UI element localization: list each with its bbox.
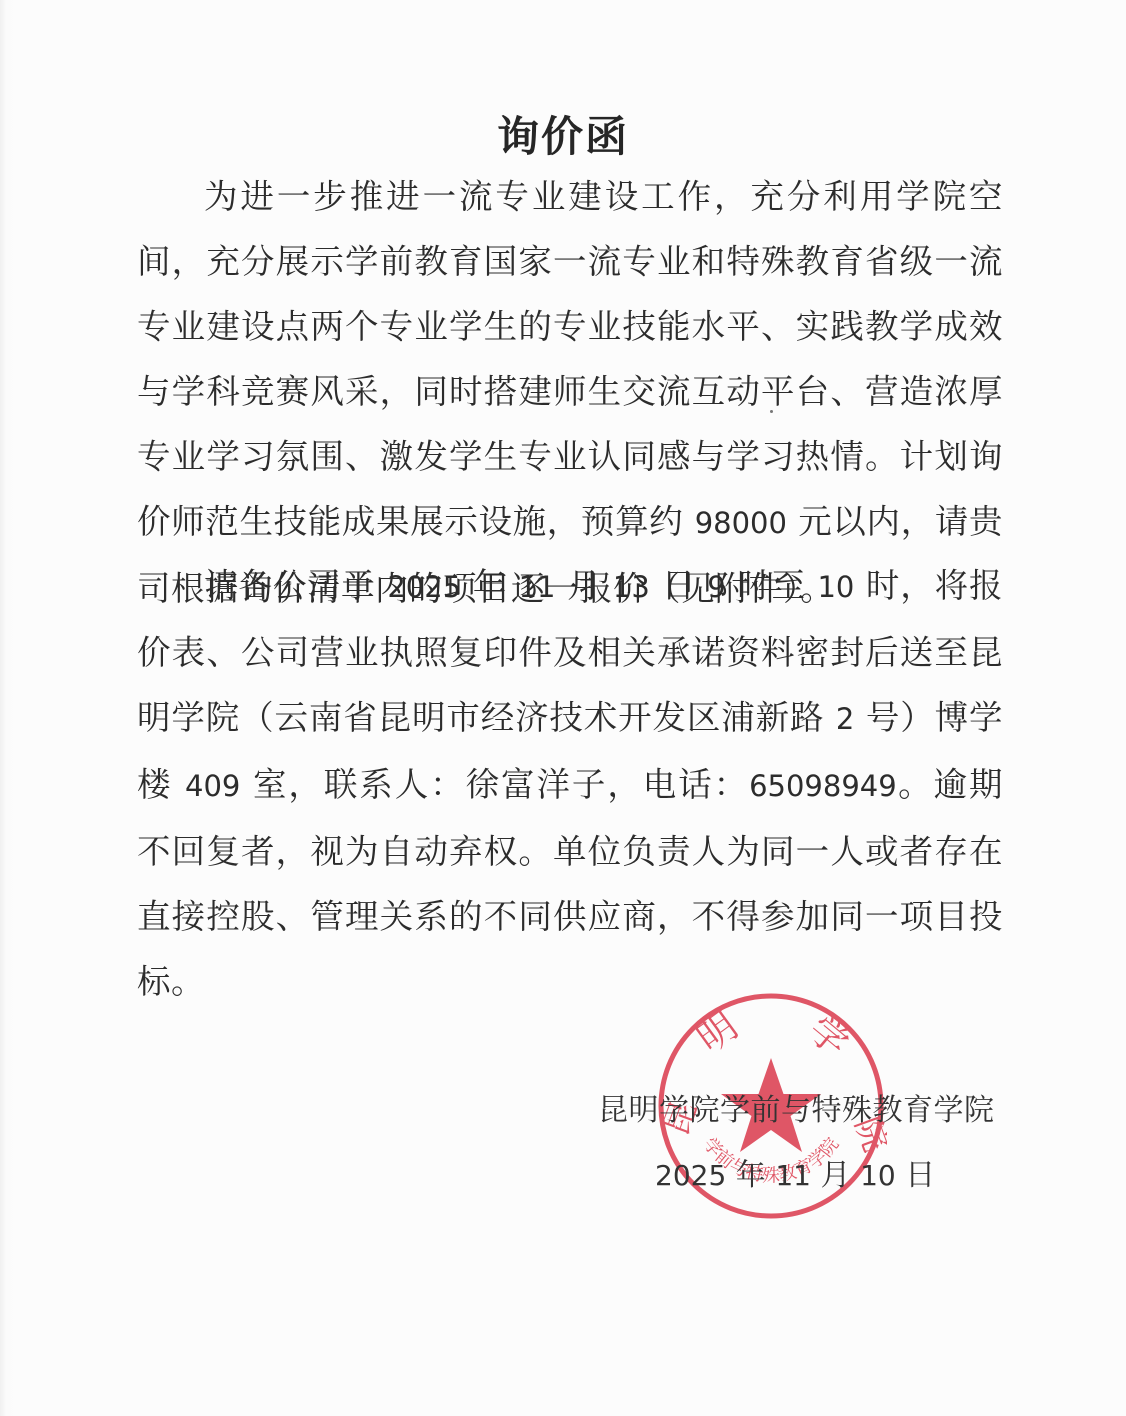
paragraph-2-text: 月 xyxy=(555,566,612,605)
submission-end-hour: 10 xyxy=(817,570,854,604)
submission-year: 2025 xyxy=(387,570,461,604)
submission-start-hour: 9 xyxy=(707,570,725,604)
scan-speck xyxy=(770,410,773,413)
seal-top-text: 明 xyxy=(689,1003,746,1061)
paragraph-1-text-a: 为进一步推进一流专业建设工作，充分利用学院空间，充分展示学前教育国家一流专业和特… xyxy=(137,177,1003,541)
paragraph-2-text: 日 xyxy=(650,566,707,605)
seal-top-text-2: 学 xyxy=(800,1007,857,1065)
date-label-month: 月 xyxy=(811,1158,860,1193)
paragraph-2-text: 时至 xyxy=(726,566,818,605)
date-day: 10 xyxy=(860,1159,896,1192)
room-number: 409 xyxy=(185,769,240,803)
signing-organization: 昆明学院学前与特殊教育学院 xyxy=(598,1085,995,1129)
contact-phone: 65098949 xyxy=(749,769,897,803)
date-year: 2025 xyxy=(655,1159,726,1192)
date-month: 11 xyxy=(775,1159,811,1192)
paragraph-2: 请各公司于 2025 年 11 月 13 日 9 时至 10 时，将报价表、公司… xyxy=(137,553,1003,1014)
paragraph-2-text: 请各公司于 xyxy=(204,566,387,605)
document-title: 询价函 xyxy=(0,104,1126,164)
paragraph-2-text: 年 xyxy=(461,566,518,605)
signing-date: 2025 年 11 月 10 日 xyxy=(655,1150,935,1194)
address-number: 2 xyxy=(836,702,854,736)
paragraph-2-text: 室，联系人：徐富洋子，电话： xyxy=(240,765,749,804)
date-label-year: 年 xyxy=(726,1158,775,1193)
budget-amount: 98000 xyxy=(695,506,787,540)
submission-day: 13 xyxy=(613,570,650,604)
date-label-day: 日 xyxy=(896,1158,936,1193)
submission-month: 11 xyxy=(519,570,556,604)
document-page: 询价函 为进一步推进一流专业建设工作，充分利用学院空间，充分展示学前教育国家一流… xyxy=(0,0,1126,1416)
